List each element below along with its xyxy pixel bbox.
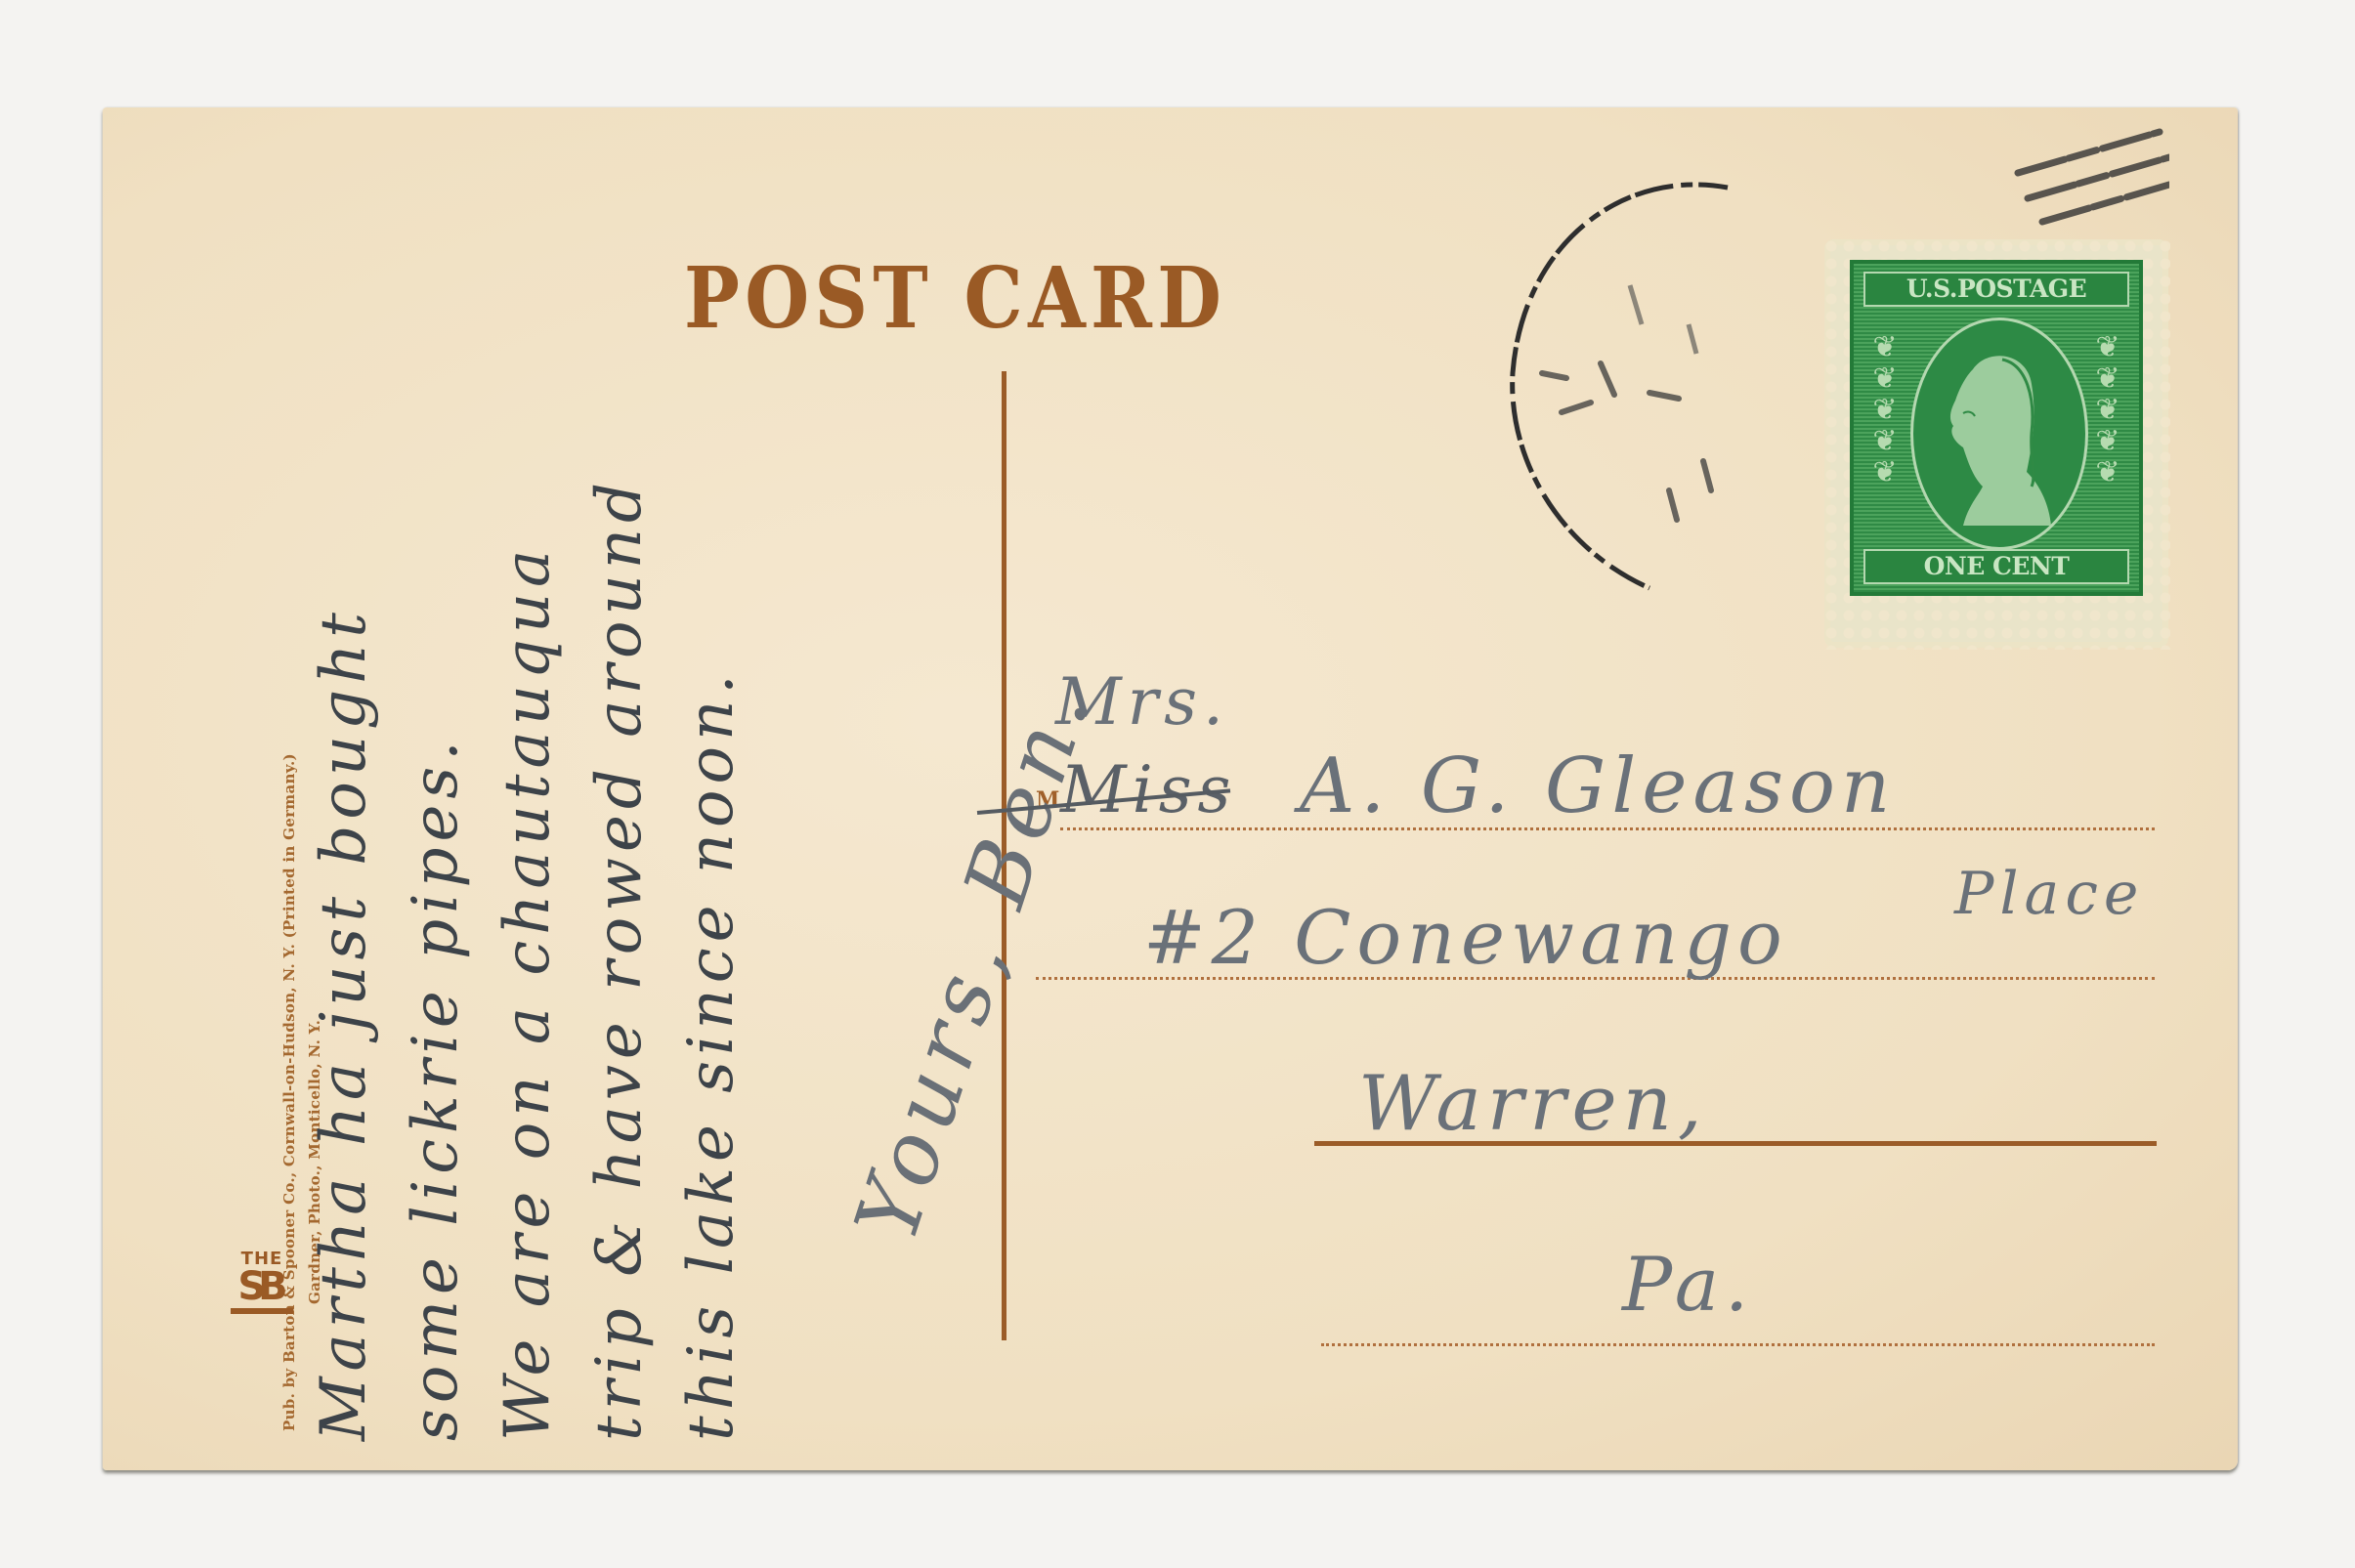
message-line-5: this lake since noon. bbox=[665, 477, 757, 1441]
stamp-face: U.S.POSTAGE ❦❦❦❦❦ ❦❦❦❦❦ ONE CENT bbox=[1850, 260, 2143, 596]
laurel-left-icon: ❦❦❦❦❦ bbox=[1867, 332, 1903, 528]
address-salutation: Mrs. bbox=[1055, 664, 1229, 740]
cancel-lines-icon bbox=[2013, 122, 2169, 239]
address-state: Pa. bbox=[1622, 1241, 1754, 1328]
stamp-bottom-text: ONE CENT bbox=[1863, 549, 2129, 584]
address-street: #2 Conewango bbox=[1143, 894, 1788, 981]
address-line-4 bbox=[1321, 1343, 2155, 1346]
publisher-logo: THE SB bbox=[227, 1250, 297, 1314]
stamp-top-text: U.S.POSTAGE bbox=[1863, 272, 2129, 307]
franklin-portrait-icon bbox=[1934, 340, 2051, 526]
laurel-right-icon: ❦❦❦❦❦ bbox=[2090, 332, 2125, 528]
address-street-suffix: Place bbox=[1954, 860, 2144, 928]
message-line-1: Martha ha just bought bbox=[298, 477, 390, 1441]
postmark-icon bbox=[1503, 168, 1825, 608]
address-city: Warren, bbox=[1358, 1060, 1708, 1148]
logo-sb: SB bbox=[221, 1268, 297, 1305]
message-line-2: some lickrie pipes. bbox=[390, 477, 482, 1441]
address-name: A. G. Gleason bbox=[1300, 742, 1896, 830]
handwritten-message: Martha ha just bought some lickrie pipes… bbox=[298, 477, 757, 1441]
post-card-heading: POST CARD bbox=[684, 249, 1226, 348]
postage-stamp: U.S.POSTAGE ❦❦❦❦❦ ❦❦❦❦❦ ONE CENT bbox=[1830, 245, 2162, 642]
message-line-3: We are on a chautauqua bbox=[482, 477, 574, 1441]
message-line-4: trip & have rowed around bbox=[574, 477, 665, 1441]
